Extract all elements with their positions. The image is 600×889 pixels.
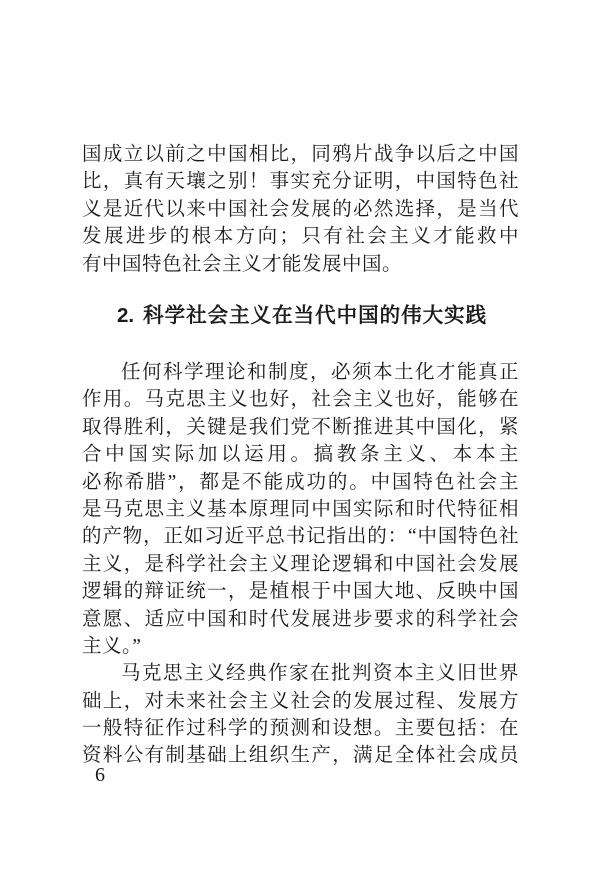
text-line: 任何科学理论和制度，必须本土化才能真正起到 <box>82 359 519 386</box>
section-title: 科学社会主义在当代中国的伟大实践 <box>143 304 487 327</box>
paragraph-2: 任何科学理论和制度，必须本土化才能真正起到 作用。马克思主义也好，社会主义也好，… <box>82 359 519 770</box>
text-line: 意愿、适应中国和时代发展进步要求的科学社会 <box>82 606 519 633</box>
text-line: 发展进步的根本方向；只有社会主义才能救中国，只 <box>82 223 519 250</box>
text-line: 比，真有天壤之别！事实充分证明，中国特色社会主 <box>82 168 519 195</box>
text-line: 作用。马克思主义也好，社会主义也好，能够在中国 <box>82 386 519 413</box>
text-line: 逻辑的辩证统一，是植根于中国大地、反映中国人民 <box>82 578 519 605</box>
text-line: 的产物，正如习近平总书记指出的：“中国特色社会 <box>82 523 519 550</box>
text-line: 合中国实际加以运用。搞教条主义、本本主义，“言 <box>82 441 519 468</box>
text-line: 一般特征作过科学的预测和设想。主要包括：在生产 <box>82 715 519 742</box>
page-number: 6 <box>95 762 105 788</box>
section-heading: 2.科学社会主义在当代中国的伟大实践 <box>117 303 487 329</box>
text-line: 础上，对未来社会主义社会的发展过程、发展方向、 <box>82 688 519 715</box>
text-line: 义是近代以来中国社会发展的必然选择，是当代中国 <box>82 196 519 223</box>
text-line: 主义。” <box>82 633 519 660</box>
text-line: 有中国特色社会主义才能发展中国。 <box>82 251 519 278</box>
text-line: 资料公有制基础上组织生产，满足全体社会成员的需 <box>82 742 519 769</box>
section-number: 2. <box>117 304 134 327</box>
text-line: 马克思主义经典作家在批判资本主义旧世界的基 <box>82 660 519 687</box>
book-page: 国成立以前之中国相比，同鸦片战争以后之中国相 比，真有天壤之别！事实充分证明，中… <box>0 0 600 889</box>
text-line: 必称希腊”，都是不能成功的。中国特色社会主义， <box>82 469 519 496</box>
text-line: 主义，是科学社会主义理论逻辑和中国社会发展历史 <box>82 551 519 578</box>
text-line: 取得胜利，关键是我们党不断推进其中国化，紧密结 <box>82 414 519 441</box>
text-line: 是马克思主义基本原理同中国实际和时代特征相结合 <box>82 496 519 523</box>
paragraph-1: 国成立以前之中国相比，同鸦片战争以后之中国相 比，真有天壤之别！事实充分证明，中… <box>82 141 519 278</box>
text-line: 国成立以前之中国相比，同鸦片战争以后之中国相 <box>82 141 519 168</box>
